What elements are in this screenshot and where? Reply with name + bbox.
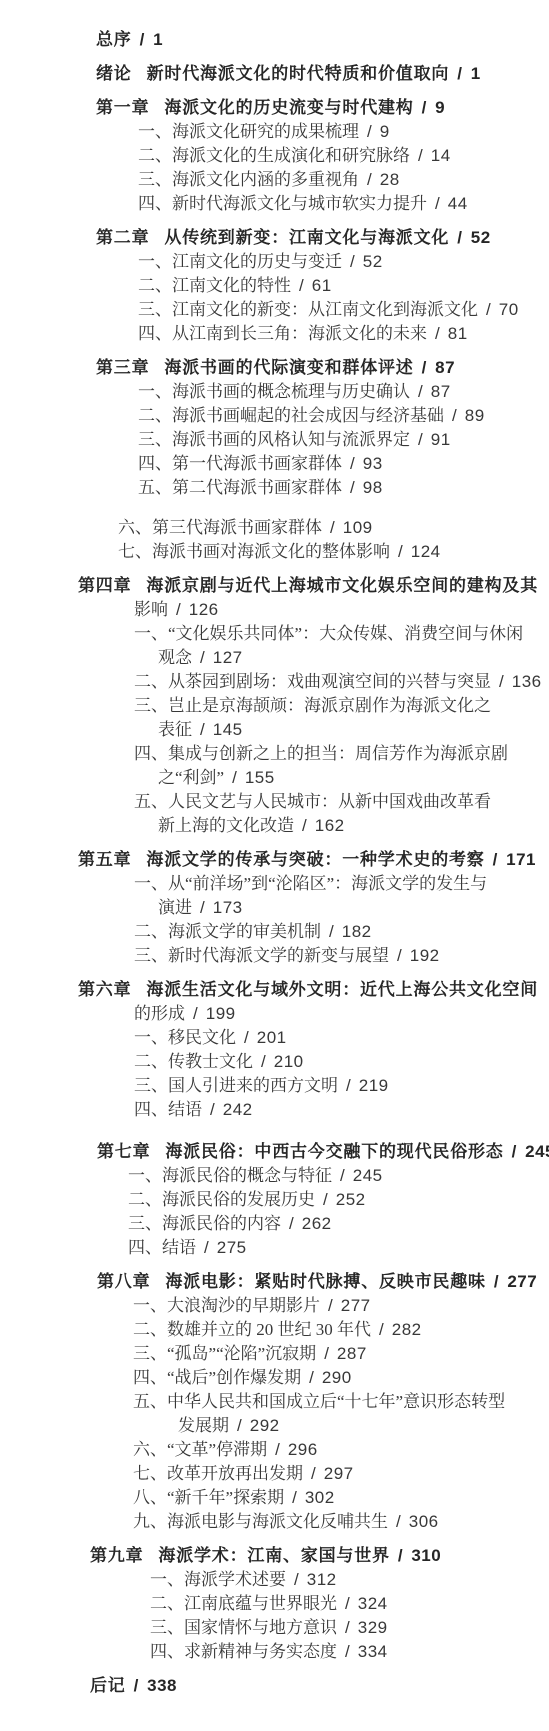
continuation-text: 发展期 xyxy=(178,1416,229,1435)
section-title: 七、改革开放再出发期 xyxy=(133,1464,303,1483)
separator-slash: / xyxy=(512,1142,518,1161)
separator-slash: / xyxy=(324,1344,329,1363)
page-number: 312 xyxy=(307,1570,337,1589)
page-number: 210 xyxy=(274,1052,304,1071)
page-number: 52 xyxy=(363,252,383,271)
page-number: 44 xyxy=(448,194,468,213)
page-number: 199 xyxy=(206,1004,236,1023)
separator-slash: / xyxy=(302,816,307,835)
separator-slash: / xyxy=(134,1676,140,1695)
page-number: 277 xyxy=(341,1296,371,1315)
separator-slash: / xyxy=(200,648,205,667)
toc-section-row: 四、新时代海派文化与城市软实力提升/44 xyxy=(138,192,549,216)
page-number: 219 xyxy=(359,1076,389,1095)
section-title: 二、数雄并立的 20 世纪 30 年代 xyxy=(133,1320,371,1339)
section-title: 三、江南文化的新变：从江南文化到海派文化 xyxy=(138,300,478,319)
toc-section-row: 四、结语/242 xyxy=(134,1098,549,1122)
toc-chapter-row: 第一章海派文化的历史流变与时代建构/9 xyxy=(96,96,549,120)
separator-slash: / xyxy=(422,358,428,377)
page-number: 70 xyxy=(499,300,519,319)
section-title: 五、人民文艺与人民城市：从新中国戏曲改革看 xyxy=(134,792,491,811)
page-number: 93 xyxy=(363,454,383,473)
page-number: 126 xyxy=(189,600,219,619)
chapter-title: 新时代海派文化的时代特质和价值取向 xyxy=(147,64,450,83)
separator-slash: / xyxy=(350,252,355,271)
separator-slash: / xyxy=(457,64,463,83)
chapter-title: 海派生活文化与域外文明：近代上海公共文化空间 xyxy=(146,980,538,999)
page-number: 277 xyxy=(507,1272,537,1291)
chapter-label: 第一章 xyxy=(96,98,149,117)
toc-section-row: 五、中华人民共和国成立后“十七年”意识形态转型 xyxy=(133,1390,549,1414)
separator-slash: / xyxy=(379,1320,384,1339)
separator-slash: / xyxy=(323,1190,328,1209)
section-title: 二、传教士文化 xyxy=(134,1052,253,1071)
chapter-title: 海派书画的代际演变和群体评述 xyxy=(164,358,413,377)
chapter-label: 第九章 xyxy=(90,1546,143,1565)
toc-section-row: 一、海派书画的概念梳理与历史确认/87 xyxy=(138,380,549,404)
toc-section-row: 一、海派民俗的概念与特征/245 xyxy=(128,1164,549,1188)
toc-chapter-row: 总序/1 xyxy=(96,28,549,52)
toc-chapter-row: 第五章海派文学的传承与突破：一种学术史的考察/171 xyxy=(78,848,549,872)
section-title: 三、“孤岛”“沦陷”沉寂期 xyxy=(133,1344,316,1363)
toc-section-row: 七、改革开放再出发期/297 xyxy=(133,1462,549,1486)
separator-slash: / xyxy=(350,454,355,473)
toc-section-row: 二、海派文学的审美机制/182 xyxy=(134,920,549,944)
separator-slash: / xyxy=(486,300,491,319)
separator-slash: / xyxy=(435,324,440,343)
toc-continuation-row: 观念/127 xyxy=(158,646,549,670)
toc-section-row: 七、海派书画对海派文化的整体影响/124 xyxy=(118,540,549,564)
page-number: 324 xyxy=(358,1594,388,1613)
toc-continuation-row: 演进/173 xyxy=(158,896,549,920)
page-number: 329 xyxy=(358,1618,388,1637)
page-number: 14 xyxy=(431,146,451,165)
separator-slash: / xyxy=(237,1416,242,1435)
chapter-title: 海派文化的历史流变与时代建构 xyxy=(164,98,413,117)
toc-section-row: 一、大浪淘沙的早期影片/277 xyxy=(133,1294,549,1318)
section-title: 四、结语 xyxy=(134,1100,202,1119)
continuation-text: 观念 xyxy=(158,648,192,667)
separator-slash: / xyxy=(275,1440,280,1459)
toc-continuation-row: 之“利剑”/155 xyxy=(158,766,549,790)
page-number: 52 xyxy=(471,228,491,247)
separator-slash: / xyxy=(294,1570,299,1589)
section-title: 四、从江南到长三角：海派文化的未来 xyxy=(138,324,427,343)
separator-slash: / xyxy=(232,768,237,787)
section-title: 一、移民文化 xyxy=(134,1028,236,1047)
separator-slash: / xyxy=(140,30,146,49)
separator-slash: / xyxy=(345,1618,350,1637)
page-number: 1 xyxy=(471,64,481,83)
chapter-label: 第七章 xyxy=(97,1142,150,1161)
toc-section-row: 四、“战后”创作爆发期/290 xyxy=(133,1366,549,1390)
separator-slash: / xyxy=(345,1594,350,1613)
section-title: 一、海派学术述要 xyxy=(150,1570,286,1589)
separator-slash: / xyxy=(289,1214,294,1233)
page-number: 297 xyxy=(324,1464,354,1483)
chapter-label: 第三章 xyxy=(96,358,149,377)
section-title: 二、海派文学的审美机制 xyxy=(134,922,321,941)
separator-slash: / xyxy=(346,1076,351,1095)
page-number: 109 xyxy=(343,518,373,537)
page-number: 306 xyxy=(409,1512,439,1531)
chapter-label: 第四章 xyxy=(78,576,131,595)
page-number: 91 xyxy=(431,430,451,449)
section-title: 四、“战后”创作爆发期 xyxy=(133,1368,301,1387)
page-number: 245 xyxy=(353,1166,383,1185)
separator-slash: / xyxy=(261,1052,266,1071)
toc-section-row: 一、从“前洋场”到“沦陷区”：海派文学的发生与 xyxy=(134,872,549,896)
separator-slash: / xyxy=(244,1028,249,1047)
page-number: 302 xyxy=(305,1488,335,1507)
page-number: 171 xyxy=(506,850,536,869)
section-title: 四、新时代海派文化与城市软实力提升 xyxy=(138,194,427,213)
section-title: 三、岂止是京海颉颃：海派京剧作为海派文化之 xyxy=(134,696,491,715)
section-title: 五、第二代海派书画家群体 xyxy=(138,478,342,497)
section-title: 四、第一代海派书画家群体 xyxy=(138,454,342,473)
page-number: 252 xyxy=(336,1190,366,1209)
separator-slash: / xyxy=(309,1368,314,1387)
toc-section-row: 二、海派文化的生成演化和研究脉络/14 xyxy=(138,144,549,168)
page-number: 124 xyxy=(411,542,441,561)
section-title: 二、从茶园到剧场：戏曲观演空间的兴替与突显 xyxy=(134,672,491,691)
separator-slash: / xyxy=(499,672,504,691)
section-title: 三、国家情怀与地方意识 xyxy=(150,1618,337,1637)
toc-section-row: 一、海派文化研究的成果梳理/9 xyxy=(138,120,549,144)
page-number: 87 xyxy=(431,382,451,401)
section-title: 四、结语 xyxy=(128,1238,196,1257)
toc-section-row: 四、集成与创新之上的担当：周信芳作为海派京剧 xyxy=(134,742,549,766)
separator-slash: / xyxy=(200,720,205,739)
toc-chapter-row: 第七章海派民俗：中西古今交融下的现代民俗形态/245 xyxy=(97,1140,549,1164)
toc-chapter-row: 第八章海派电影：紧贴时代脉搏、反映市民趣味/277 xyxy=(97,1270,549,1294)
page-number: 282 xyxy=(392,1320,422,1339)
page-number: 275 xyxy=(217,1238,247,1257)
page-number: 201 xyxy=(257,1028,287,1047)
page-number: 296 xyxy=(288,1440,318,1459)
toc-continuation-row: 表征/145 xyxy=(158,718,549,742)
separator-slash: / xyxy=(418,382,423,401)
separator-slash: / xyxy=(329,922,334,941)
page-number: 89 xyxy=(465,406,485,425)
page-number: 292 xyxy=(250,1416,280,1435)
toc-chapter-row: 第四章海派京剧与近代上海城市文化娱乐空间的建构及其 xyxy=(78,574,549,598)
section-title: 三、海派民俗的内容 xyxy=(128,1214,281,1233)
section-title: 八、“新千年”探索期 xyxy=(133,1488,284,1507)
section-title: 三、国人引进来的西方文明 xyxy=(134,1076,338,1095)
page-number: 28 xyxy=(380,170,400,189)
toc-chapter-row: 第九章海派学术：江南、家国与世界/310 xyxy=(90,1544,549,1568)
toc-chapter-row: 绪论新时代海派文化的时代特质和价值取向/1 xyxy=(96,62,549,86)
toc-section-row: 九、海派电影与海派文化反哺共生/306 xyxy=(133,1510,549,1534)
section-title: 九、海派电影与海派文化反哺共生 xyxy=(133,1512,388,1531)
toc-section-row: 三、国人引进来的西方文明/219 xyxy=(134,1074,549,1098)
toc-section-row: 四、结语/275 xyxy=(128,1236,549,1260)
page-number: 334 xyxy=(358,1642,388,1661)
separator-slash: / xyxy=(418,146,423,165)
toc-continuation-row: 发展期/292 xyxy=(178,1414,549,1438)
toc-continuation-row: 影响/126 xyxy=(134,598,549,622)
separator-slash: / xyxy=(200,898,205,917)
toc-section-row: 三、国家情怀与地方意识/329 xyxy=(150,1616,549,1640)
toc-section-row: 二、从茶园到剧场：戏曲观演空间的兴替与突显/136 xyxy=(134,670,549,694)
toc-chapter-row: 第三章海派书画的代际演变和群体评述/87 xyxy=(96,356,549,380)
separator-slash: / xyxy=(210,1100,215,1119)
separator-slash: / xyxy=(311,1464,316,1483)
separator-slash: / xyxy=(345,1642,350,1661)
separator-slash: / xyxy=(350,478,355,497)
separator-slash: / xyxy=(292,1488,297,1507)
page-number: 81 xyxy=(448,324,468,343)
section-title: 五、中华人民共和国成立后“十七年”意识形态转型 xyxy=(133,1392,505,1411)
page-number: 145 xyxy=(213,720,243,739)
chapter-title: 海派民俗：中西古今交融下的现代民俗形态 xyxy=(165,1142,503,1161)
separator-slash: / xyxy=(204,1238,209,1257)
separator-slash: / xyxy=(494,1272,500,1291)
toc-section-row: 二、数雄并立的 20 世纪 30 年代/282 xyxy=(133,1318,549,1342)
section-title: 四、求新精神与务实态度 xyxy=(150,1642,337,1661)
separator-slash: / xyxy=(193,1004,198,1023)
page-number: 87 xyxy=(435,358,455,377)
toc-section-row: 三、江南文化的新变：从江南文化到海派文化/70 xyxy=(138,298,549,322)
toc-section-row: 八、“新千年”探索期/302 xyxy=(133,1486,549,1510)
section-title: 三、海派书画的风格认知与流派界定 xyxy=(138,430,410,449)
page-number: 182 xyxy=(342,922,372,941)
chapter-title: 从传统到新变：江南文化与海派文化 xyxy=(164,228,449,247)
toc-continuation-row: 新上海的文化改造/162 xyxy=(158,814,549,838)
continuation-text: 表征 xyxy=(158,720,192,739)
toc-chapter-row: 第二章从传统到新变：江南文化与海派文化/52 xyxy=(96,226,549,250)
page-number: 242 xyxy=(223,1100,253,1119)
page-number: 192 xyxy=(410,946,440,965)
section-title: 二、海派书画崛起的社会成因与经济基础 xyxy=(138,406,444,425)
chapter-title: 海派京剧与近代上海城市文化娱乐空间的建构及其 xyxy=(146,576,538,595)
separator-slash: / xyxy=(176,600,181,619)
separator-slash: / xyxy=(457,228,463,247)
section-title: 三、新时代海派文学的新变与展望 xyxy=(134,946,389,965)
separator-slash: / xyxy=(422,98,428,117)
toc-section-row: 三、海派书画的风格认知与流派界定/91 xyxy=(138,428,549,452)
page-number: 98 xyxy=(363,478,383,497)
toc-section-row: 三、新时代海派文学的新变与展望/192 xyxy=(134,944,549,968)
toc-section-row: 三、海派民俗的内容/262 xyxy=(128,1212,549,1236)
page-number: 245 xyxy=(525,1142,549,1161)
section-title: 一、“文化娱乐共同体”：大众传媒、消费空间与休闲 xyxy=(134,624,523,643)
separator-slash: / xyxy=(396,1512,401,1531)
toc-section-row: 四、第一代海派书画家群体/93 xyxy=(138,452,549,476)
toc-chapter-row: 第六章海派生活文化与域外文明：近代上海公共文化空间 xyxy=(78,978,549,1002)
page-number: 1 xyxy=(153,30,163,49)
separator-slash: / xyxy=(398,1546,404,1565)
separator-slash: / xyxy=(435,194,440,213)
section-title: 六、“文革”停滞期 xyxy=(133,1440,267,1459)
toc-section-row: 五、人民文艺与人民城市：从新中国戏曲改革看 xyxy=(134,790,549,814)
toc-section-row: 四、从江南到长三角：海派文化的未来/81 xyxy=(138,322,549,346)
toc-section-row: 二、传教士文化/210 xyxy=(134,1050,549,1074)
section-title: 一、从“前洋场”到“沦陷区”：海派文学的发生与 xyxy=(134,874,487,893)
separator-slash: / xyxy=(330,518,335,537)
toc-section-row: 六、“文革”停滞期/296 xyxy=(133,1438,549,1462)
section-title: 二、海派民俗的发展历史 xyxy=(128,1190,315,1209)
page-number: 338 xyxy=(147,1676,177,1695)
page-number: 310 xyxy=(411,1546,441,1565)
section-title: 一、海派书画的概念梳理与历史确认 xyxy=(138,382,410,401)
chapter-label: 第二章 xyxy=(96,228,149,247)
toc-continuation-row: 的形成/199 xyxy=(134,1002,549,1026)
continuation-text: 之“利剑” xyxy=(158,768,224,787)
section-title: 七、海派书画对海派文化的整体影响 xyxy=(118,542,390,561)
separator-slash: / xyxy=(418,430,423,449)
section-title: 二、江南底蕴与世界眼光 xyxy=(150,1594,337,1613)
section-title: 二、海派文化的生成演化和研究脉络 xyxy=(138,146,410,165)
toc-chapter-row: 后记/338 xyxy=(90,1674,549,1698)
toc-section-row: 四、求新精神与务实态度/334 xyxy=(150,1640,549,1664)
chapter-label: 后记 xyxy=(90,1676,126,1695)
separator-slash: / xyxy=(340,1166,345,1185)
chapter-label: 绪论 xyxy=(96,64,132,83)
section-title: 二、江南文化的特性 xyxy=(138,276,291,295)
toc-section-row: 一、移民文化/201 xyxy=(134,1026,549,1050)
toc-section-row: 六、第三代海派书画家群体/109 xyxy=(118,516,549,540)
toc-section-row: 二、海派书画崛起的社会成因与经济基础/89 xyxy=(138,404,549,428)
section-title: 一、海派民俗的概念与特征 xyxy=(128,1166,332,1185)
separator-slash: / xyxy=(328,1296,333,1315)
section-title: 一、大浪淘沙的早期影片 xyxy=(133,1296,320,1315)
separator-slash: / xyxy=(367,122,372,141)
toc-section-row: 一、“文化娱乐共同体”：大众传媒、消费空间与休闲 xyxy=(134,622,549,646)
page-number: 9 xyxy=(435,98,445,117)
chapter-label: 第六章 xyxy=(78,980,131,999)
page-number: 162 xyxy=(315,816,345,835)
toc-section-row: 二、海派民俗的发展历史/252 xyxy=(128,1188,549,1212)
toc-section-row: 一、海派学术述要/312 xyxy=(150,1568,549,1592)
continuation-text: 的形成 xyxy=(134,1004,185,1023)
chapter-label: 总序 xyxy=(96,30,132,49)
chapter-title: 海派文学的传承与突破：一种学术史的考察 xyxy=(146,850,484,869)
chapter-label: 第五章 xyxy=(78,850,131,869)
chapter-title: 海派电影：紧贴时代脉搏、反映市民趣味 xyxy=(165,1272,485,1291)
toc-section-row: 五、第二代海派书画家群体/98 xyxy=(138,476,549,500)
continuation-text: 影响 xyxy=(134,600,168,619)
separator-slash: / xyxy=(493,850,499,869)
page-number: 173 xyxy=(213,898,243,917)
table-of-contents-page: 总序/1绪论新时代海派文化的时代特质和价值取向/1第一章海派文化的历史流变与时代… xyxy=(0,0,549,1698)
toc-section-row: 三、“孤岛”“沦陷”沉寂期/287 xyxy=(133,1342,549,1366)
toc-section-row: 二、江南底蕴与世界眼光/324 xyxy=(150,1592,549,1616)
toc-section-row: 三、海派文化内涵的多重视角/28 xyxy=(138,168,549,192)
page-number: 290 xyxy=(322,1368,352,1387)
page-number: 287 xyxy=(337,1344,367,1363)
separator-slash: / xyxy=(397,946,402,965)
page-number: 262 xyxy=(302,1214,332,1233)
page-number: 61 xyxy=(312,276,332,295)
page-number: 155 xyxy=(245,768,275,787)
toc-section-row: 一、江南文化的历史与变迁/52 xyxy=(138,250,549,274)
separator-slash: / xyxy=(299,276,304,295)
section-title: 一、江南文化的历史与变迁 xyxy=(138,252,342,271)
section-title: 六、第三代海派书画家群体 xyxy=(118,518,322,537)
page-number: 136 xyxy=(512,672,542,691)
continuation-text: 新上海的文化改造 xyxy=(158,816,294,835)
toc-section-row: 三、岂止是京海颉颃：海派京剧作为海派文化之 xyxy=(134,694,549,718)
continuation-text: 演进 xyxy=(158,898,192,917)
page-number: 127 xyxy=(213,648,243,667)
section-title: 一、海派文化研究的成果梳理 xyxy=(138,122,359,141)
section-title: 三、海派文化内涵的多重视角 xyxy=(138,170,359,189)
page-number: 9 xyxy=(380,122,390,141)
separator-slash: / xyxy=(452,406,457,425)
separator-slash: / xyxy=(367,170,372,189)
separator-slash: / xyxy=(398,542,403,561)
section-title: 四、集成与创新之上的担当：周信芳作为海派京剧 xyxy=(134,744,508,763)
chapter-title: 海派学术：江南、家国与世界 xyxy=(158,1546,389,1565)
chapter-label: 第八章 xyxy=(97,1272,150,1291)
toc-section-row: 二、江南文化的特性/61 xyxy=(138,274,549,298)
